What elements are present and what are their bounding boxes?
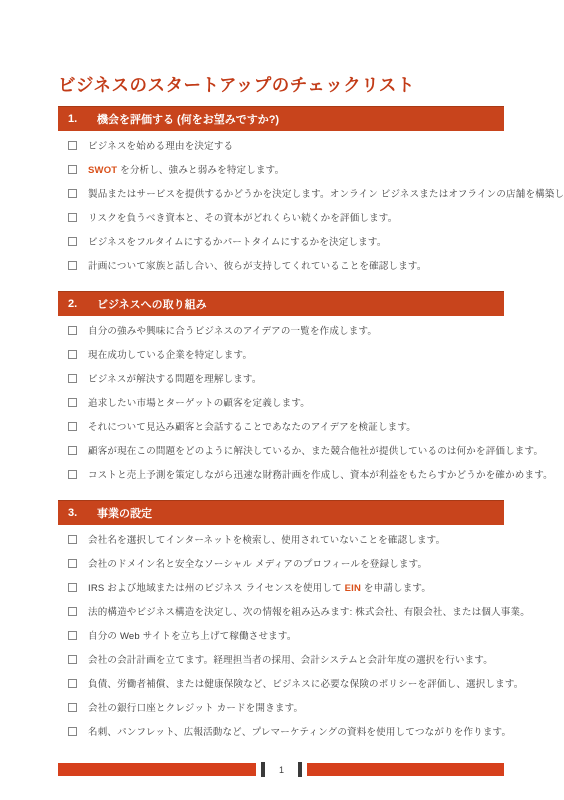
checklist-item-label: SWOT を分析し、強みと弱みを特定します。 [88, 162, 284, 176]
footer-left-bar [58, 763, 256, 776]
checklist-item: それについて見込み顧客と会話することであなたのアイデアを検証します。 [58, 414, 504, 438]
footer-right-tick [298, 762, 302, 777]
checklist-item: 製品またはサービスを提供するかどうかを決定します。オンライン ビジネスまたはオフ… [58, 181, 504, 205]
section-items: 会社名を選択してインターネットを検索し、使用されていないことを確認します。 会社… [58, 525, 504, 743]
footer-right-bar [307, 763, 504, 776]
checkbox-icon[interactable] [68, 422, 77, 431]
checklist-item-label: 追求したい市場とターゲットの顧客を定義します。 [88, 395, 310, 409]
checkbox-icon[interactable] [68, 583, 77, 592]
section-items: ビジネスを始める理由を決定する SWOT を分析し、強みと弱みを特定します。 製… [58, 131, 504, 277]
checkbox-icon[interactable] [68, 165, 77, 174]
checkbox-icon[interactable] [68, 607, 77, 616]
checklist-item: 負債、労働者補償、または健康保険など、ビジネスに必要な保険のポリシーを評価し、選… [58, 671, 504, 695]
checkbox-icon[interactable] [68, 213, 77, 222]
page-title: ビジネスのスタートアップのチェックリスト [58, 72, 504, 97]
checkbox-icon[interactable] [68, 703, 77, 712]
section-title: 事業の設定 [97, 505, 152, 521]
checkbox-icon[interactable] [68, 535, 77, 544]
checklist-item-label: 自分の強みや興味に合うビジネスのアイデアの一覧を作成します。 [88, 323, 377, 337]
checklist-item-label: ビジネスをフルタイムにするかパートタイムにするかを決定します。 [88, 234, 387, 248]
checkbox-icon[interactable] [68, 350, 77, 359]
section-header: 1. 機会を評価する (何をお望みですか?) [58, 106, 504, 131]
checklist-item-label: リスクを負うべき資本と、その資本がどれくらい続くかを評価します。 [88, 210, 397, 224]
checklist-item-label: 顧客が現在この問題をどのように解決しているか、また競合他社が提供しているのは何か… [88, 443, 543, 457]
checklist-item: 会社のドメイン名と安全なソーシャル メディアのプロフィールを登録します。 [58, 551, 504, 575]
checklist-item: 自分の Web サイトを立ち上げて稼働させます。 [58, 623, 504, 647]
checklist-item-label: 法的構造やビジネス構造を決定し、次の情報を組み込みます: 株式会社、有限会社、ま… [88, 604, 530, 618]
checklist-section: 2. ビジネスへの取り組み 自分の強みや興味に合うビジネスのアイデアの一覧を作成… [58, 291, 504, 486]
checklist-section: 1. 機会を評価する (何をお望みですか?) ビジネスを始める理由を決定する S… [58, 106, 504, 277]
checkbox-icon[interactable] [68, 237, 77, 246]
document-page: ビジネスのスタートアップのチェックリスト 1. 機会を評価する (何をお望みです… [0, 0, 564, 800]
document-content: ビジネスのスタートアップのチェックリスト 1. 機会を評価する (何をお望みです… [58, 0, 504, 743]
page-number: 1 [265, 765, 298, 775]
checkbox-icon[interactable] [68, 326, 77, 335]
checklist-item: ビジネスをフルタイムにするかパートタイムにするかを決定します。 [58, 229, 504, 253]
checklist-item-label: 会社の会計計画を立てます。経理担当者の採用、会計システムと会計年度の選択を行いま… [88, 652, 493, 666]
checklist-item: ビジネスを始める理由を決定する [58, 133, 504, 157]
sections-container: 1. 機会を評価する (何をお望みですか?) ビジネスを始める理由を決定する S… [58, 106, 504, 743]
checklist-item-label: ビジネスを始める理由を決定する [88, 138, 233, 152]
page-footer: 1 [58, 762, 504, 777]
section-number: 1. [68, 113, 97, 125]
section-title: ビジネスへの取り組み [97, 296, 207, 312]
section-number: 2. [68, 298, 97, 310]
checklist-item-label: 会社名を選択してインターネットを検索し、使用されていないことを確認します。 [88, 532, 445, 546]
checkbox-icon[interactable] [68, 261, 77, 270]
checklist-item: 名刺、パンフレット、広報活動など、プレマーケティングの資料を使用してつながりを作… [58, 719, 504, 743]
checklist-item: 現在成功している企業を特定します。 [58, 342, 504, 366]
checkbox-icon[interactable] [68, 446, 77, 455]
checklist-item-label: 自分の Web サイトを立ち上げて稼働させます。 [88, 628, 297, 642]
checklist-item: 法的構造やビジネス構造を決定し、次の情報を組み込みます: 株式会社、有限会社、ま… [58, 599, 504, 623]
checklist-item: コストと売上予測を策定しながら迅速な財務計画を作成し、資本が利益をもたらすかどう… [58, 462, 504, 486]
checklist-item: IRS および地域または州のビジネス ライセンスを使用して EIN を申請します… [58, 575, 504, 599]
checklist-item: 計画について家族と話し合い、彼らが支持してくれていることを確認します。 [58, 253, 504, 277]
checklist-item-label: それについて見込み顧客と会話することであなたのアイデアを検証します。 [88, 419, 416, 433]
checklist-item-label: 名刺、パンフレット、広報活動など、プレマーケティングの資料を使用してつながりを作… [88, 724, 511, 738]
checklist-item-label: 会社の銀行口座とクレジット カードを開きます。 [88, 700, 303, 714]
checklist-item-label: 現在成功している企業を特定します。 [88, 347, 252, 361]
checkbox-icon[interactable] [68, 559, 77, 568]
checkbox-icon[interactable] [68, 141, 77, 150]
checklist-item: 会社の銀行口座とクレジット カードを開きます。 [58, 695, 504, 719]
checklist-item-label: 会社のドメイン名と安全なソーシャル メディアのプロフィールを登録します。 [88, 556, 427, 570]
checkbox-icon[interactable] [68, 398, 77, 407]
section-title: 機会を評価する (何をお望みですか?) [97, 111, 279, 127]
checklist-item: 顧客が現在この問題をどのように解決しているか、また競合他社が提供しているのは何か… [58, 438, 504, 462]
checkbox-icon[interactable] [68, 727, 77, 736]
checklist-item: 自分の強みや興味に合うビジネスのアイデアの一覧を作成します。 [58, 318, 504, 342]
checklist-item: 会社の会計計画を立てます。経理担当者の採用、会計システムと会計年度の選択を行いま… [58, 647, 504, 671]
checklist-item: リスクを負うべき資本と、その資本がどれくらい続くかを評価します。 [58, 205, 504, 229]
checkbox-icon[interactable] [68, 655, 77, 664]
section-header: 2. ビジネスへの取り組み [58, 291, 504, 316]
checklist-item-label: 製品またはサービスを提供するかどうかを決定します。オンライン ビジネスまたはオフ… [88, 186, 564, 200]
section-header: 3. 事業の設定 [58, 500, 504, 525]
checklist-item: 会社名を選択してインターネットを検索し、使用されていないことを確認します。 [58, 527, 504, 551]
checkbox-icon[interactable] [68, 374, 77, 383]
checklist-item: ビジネスが解決する問題を理解します。 [58, 366, 504, 390]
checkbox-icon[interactable] [68, 470, 77, 479]
checkbox-icon[interactable] [68, 679, 77, 688]
checklist-item-label: コストと売上予測を策定しながら迅速な財務計画を作成し、資本が利益をもたらすかどう… [88, 467, 553, 481]
section-items: 自分の強みや興味に合うビジネスのアイデアの一覧を作成します。 現在成功している企… [58, 316, 504, 486]
checklist-item: SWOT を分析し、強みと弱みを特定します。 [58, 157, 504, 181]
checklist-item-label: ビジネスが解決する問題を理解します。 [88, 371, 262, 385]
checkbox-icon[interactable] [68, 189, 77, 198]
checklist-item-label: 負債、労働者補償、または健康保険など、ビジネスに必要な保険のポリシーを評価し、選… [88, 676, 523, 690]
checklist-section: 3. 事業の設定 会社名を選択してインターネットを検索し、使用されていないことを… [58, 500, 504, 743]
checkbox-icon[interactable] [68, 631, 77, 640]
checklist-item-label: IRS および地域または州のビジネス ライセンスを使用して EIN を申請します… [88, 580, 431, 594]
section-number: 3. [68, 507, 97, 519]
checklist-item: 追求したい市場とターゲットの顧客を定義します。 [58, 390, 504, 414]
checklist-item-label: 計画について家族と話し合い、彼らが支持してくれていることを確認します。 [88, 258, 427, 272]
